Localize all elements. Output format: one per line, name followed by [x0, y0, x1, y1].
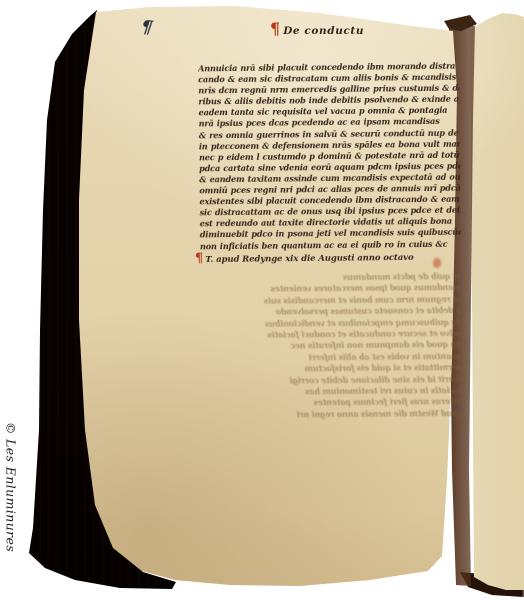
dated-closing-line: ¶T. apud Redynge xix die Augusti anno oc…: [195, 245, 414, 266]
red-paraph-icon: ¶: [195, 251, 203, 266]
showthrough-red-mark: [433, 258, 441, 268]
watermark-credit: © Les Enluminures: [4, 422, 19, 552]
manuscript-photograph: ¶ ¶De conductu Annuicia nrā sibi placuit…: [0, 0, 524, 600]
red-paraph-icon: ¶: [270, 19, 280, 38]
dated-line-text: T. apud Redynge xix die Augusti anno oct…: [205, 253, 413, 265]
rubric-heading: ¶De conductu: [270, 19, 364, 38]
showthrough-line: apud Westm die mensis anno regni nri: [209, 408, 463, 422]
verso-showthrough-text: et quib de pdcis mandamusmandamus quod i…: [207, 271, 462, 421]
rubric-title: De conductu: [283, 25, 364, 37]
manuscript-text-block: Annuicia nrā sibi placuit concedendo ibm…: [198, 61, 461, 252]
